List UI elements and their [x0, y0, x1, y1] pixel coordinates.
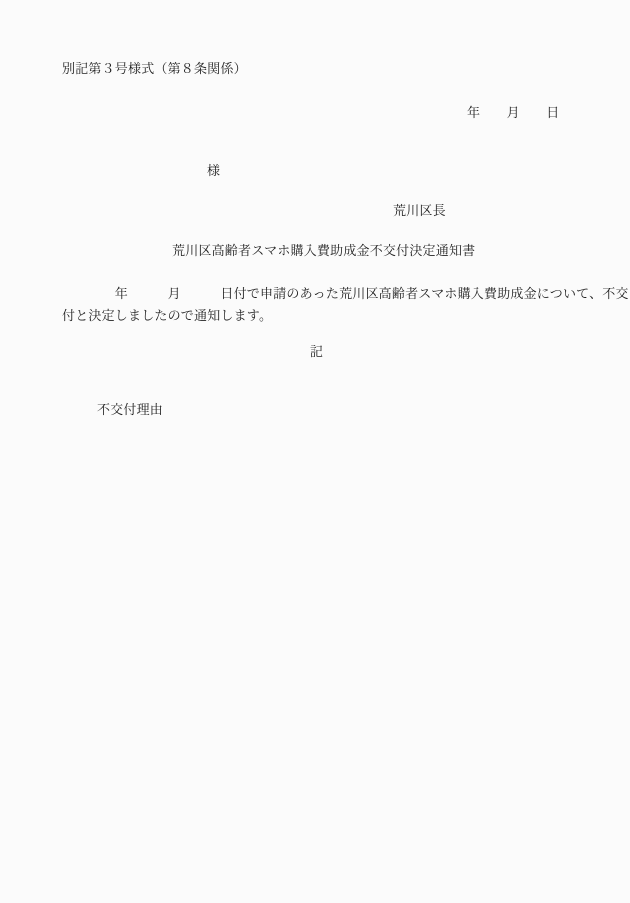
date-line: 年 月 日 — [467, 106, 559, 119]
document-title: 荒川区高齢者スマホ購入費助成金不交付決定通知書 — [172, 244, 475, 257]
document-page: 別記第３号様式（第８条関係） 年 月 日 様 荒川区長 荒川区高齢者スマホ購入費… — [0, 0, 630, 903]
body-paragraph-line-2: 付と決定しましたので通知します。 — [62, 309, 272, 322]
body-paragraph-line-1: 年 月 日付で申請のあった荒川区高齢者スマホ購入費助成金について、不交 — [62, 287, 629, 300]
sender-name: 荒川区長 — [393, 204, 446, 217]
non-grant-reason-label: 不交付理由 — [97, 403, 163, 416]
form-number-line: 別記第３号様式（第８条関係） — [62, 62, 247, 75]
addressee-honorific: 様 — [207, 164, 220, 177]
section-marker: 記 — [310, 345, 323, 358]
